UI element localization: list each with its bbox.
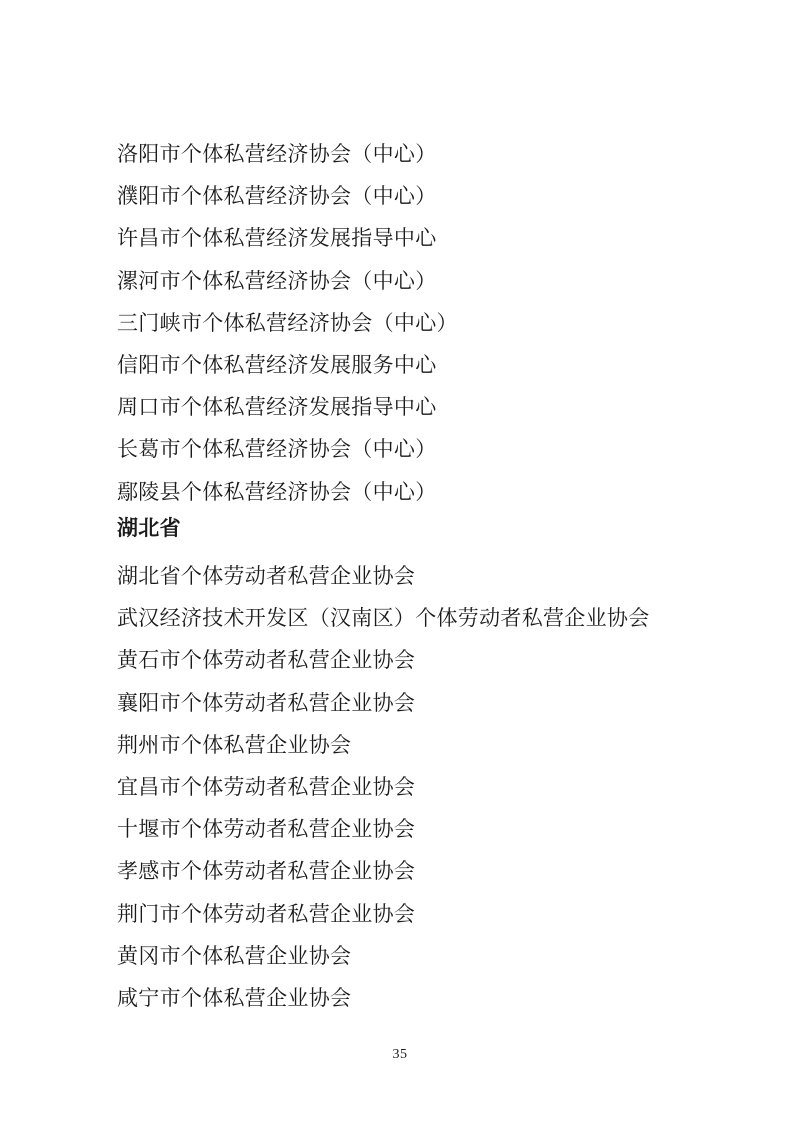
list-item: 宜昌市个体劳动者私营企业协会 (117, 766, 760, 808)
list-item: 长葛市个体私营经济协会（中心） (117, 428, 760, 470)
list-item: 黄冈市个体私营企业协会 (117, 935, 760, 977)
section-heading: 湖北省 (117, 507, 760, 549)
list-item: 咸宁市个体私营企业协会 (117, 977, 760, 1019)
list-item: 黄石市个体劳动者私营企业协会 (117, 639, 760, 681)
page-footer: 35 (0, 1045, 800, 1063)
list-item: 荆门市个体劳动者私营企业协会 (117, 893, 760, 935)
list-item: 信阳市个体私营经济发展服务中心 (117, 344, 760, 386)
list-item: 濮阳市个体私营经济协会（中心） (117, 175, 760, 217)
page-number: 35 (393, 1047, 408, 1062)
list-item: 孝感市个体劳动者私营企业协会 (117, 850, 760, 892)
list-item: 漯河市个体私营经济协会（中心） (117, 260, 760, 302)
list-item: 湖北省个体劳动者私营企业协会 (117, 555, 760, 597)
list-item: 荆州市个体私营企业协会 (117, 724, 760, 766)
document-content: 洛阳市个体私营经济协会（中心）濮阳市个体私营经济协会（中心）许昌市个体私营经济发… (117, 0, 760, 1019)
list-item: 洛阳市个体私营经济协会（中心） (117, 133, 760, 175)
list-item: 三门峡市个体私营经济协会（中心） (117, 302, 760, 344)
list-item: 许昌市个体私营经济发展指导中心 (117, 217, 760, 259)
list-item: 周口市个体私营经济发展指导中心 (117, 386, 760, 428)
list-item: 武汉经济技术开发区（汉南区）个体劳动者私营企业协会 (117, 597, 760, 639)
list-item: 襄阳市个体劳动者私营企业协会 (117, 682, 760, 724)
document-page: 洛阳市个体私营经济协会（中心）濮阳市个体私营经济协会（中心）许昌市个体私营经济发… (0, 0, 800, 1131)
list-item: 十堰市个体劳动者私营企业协会 (117, 808, 760, 850)
